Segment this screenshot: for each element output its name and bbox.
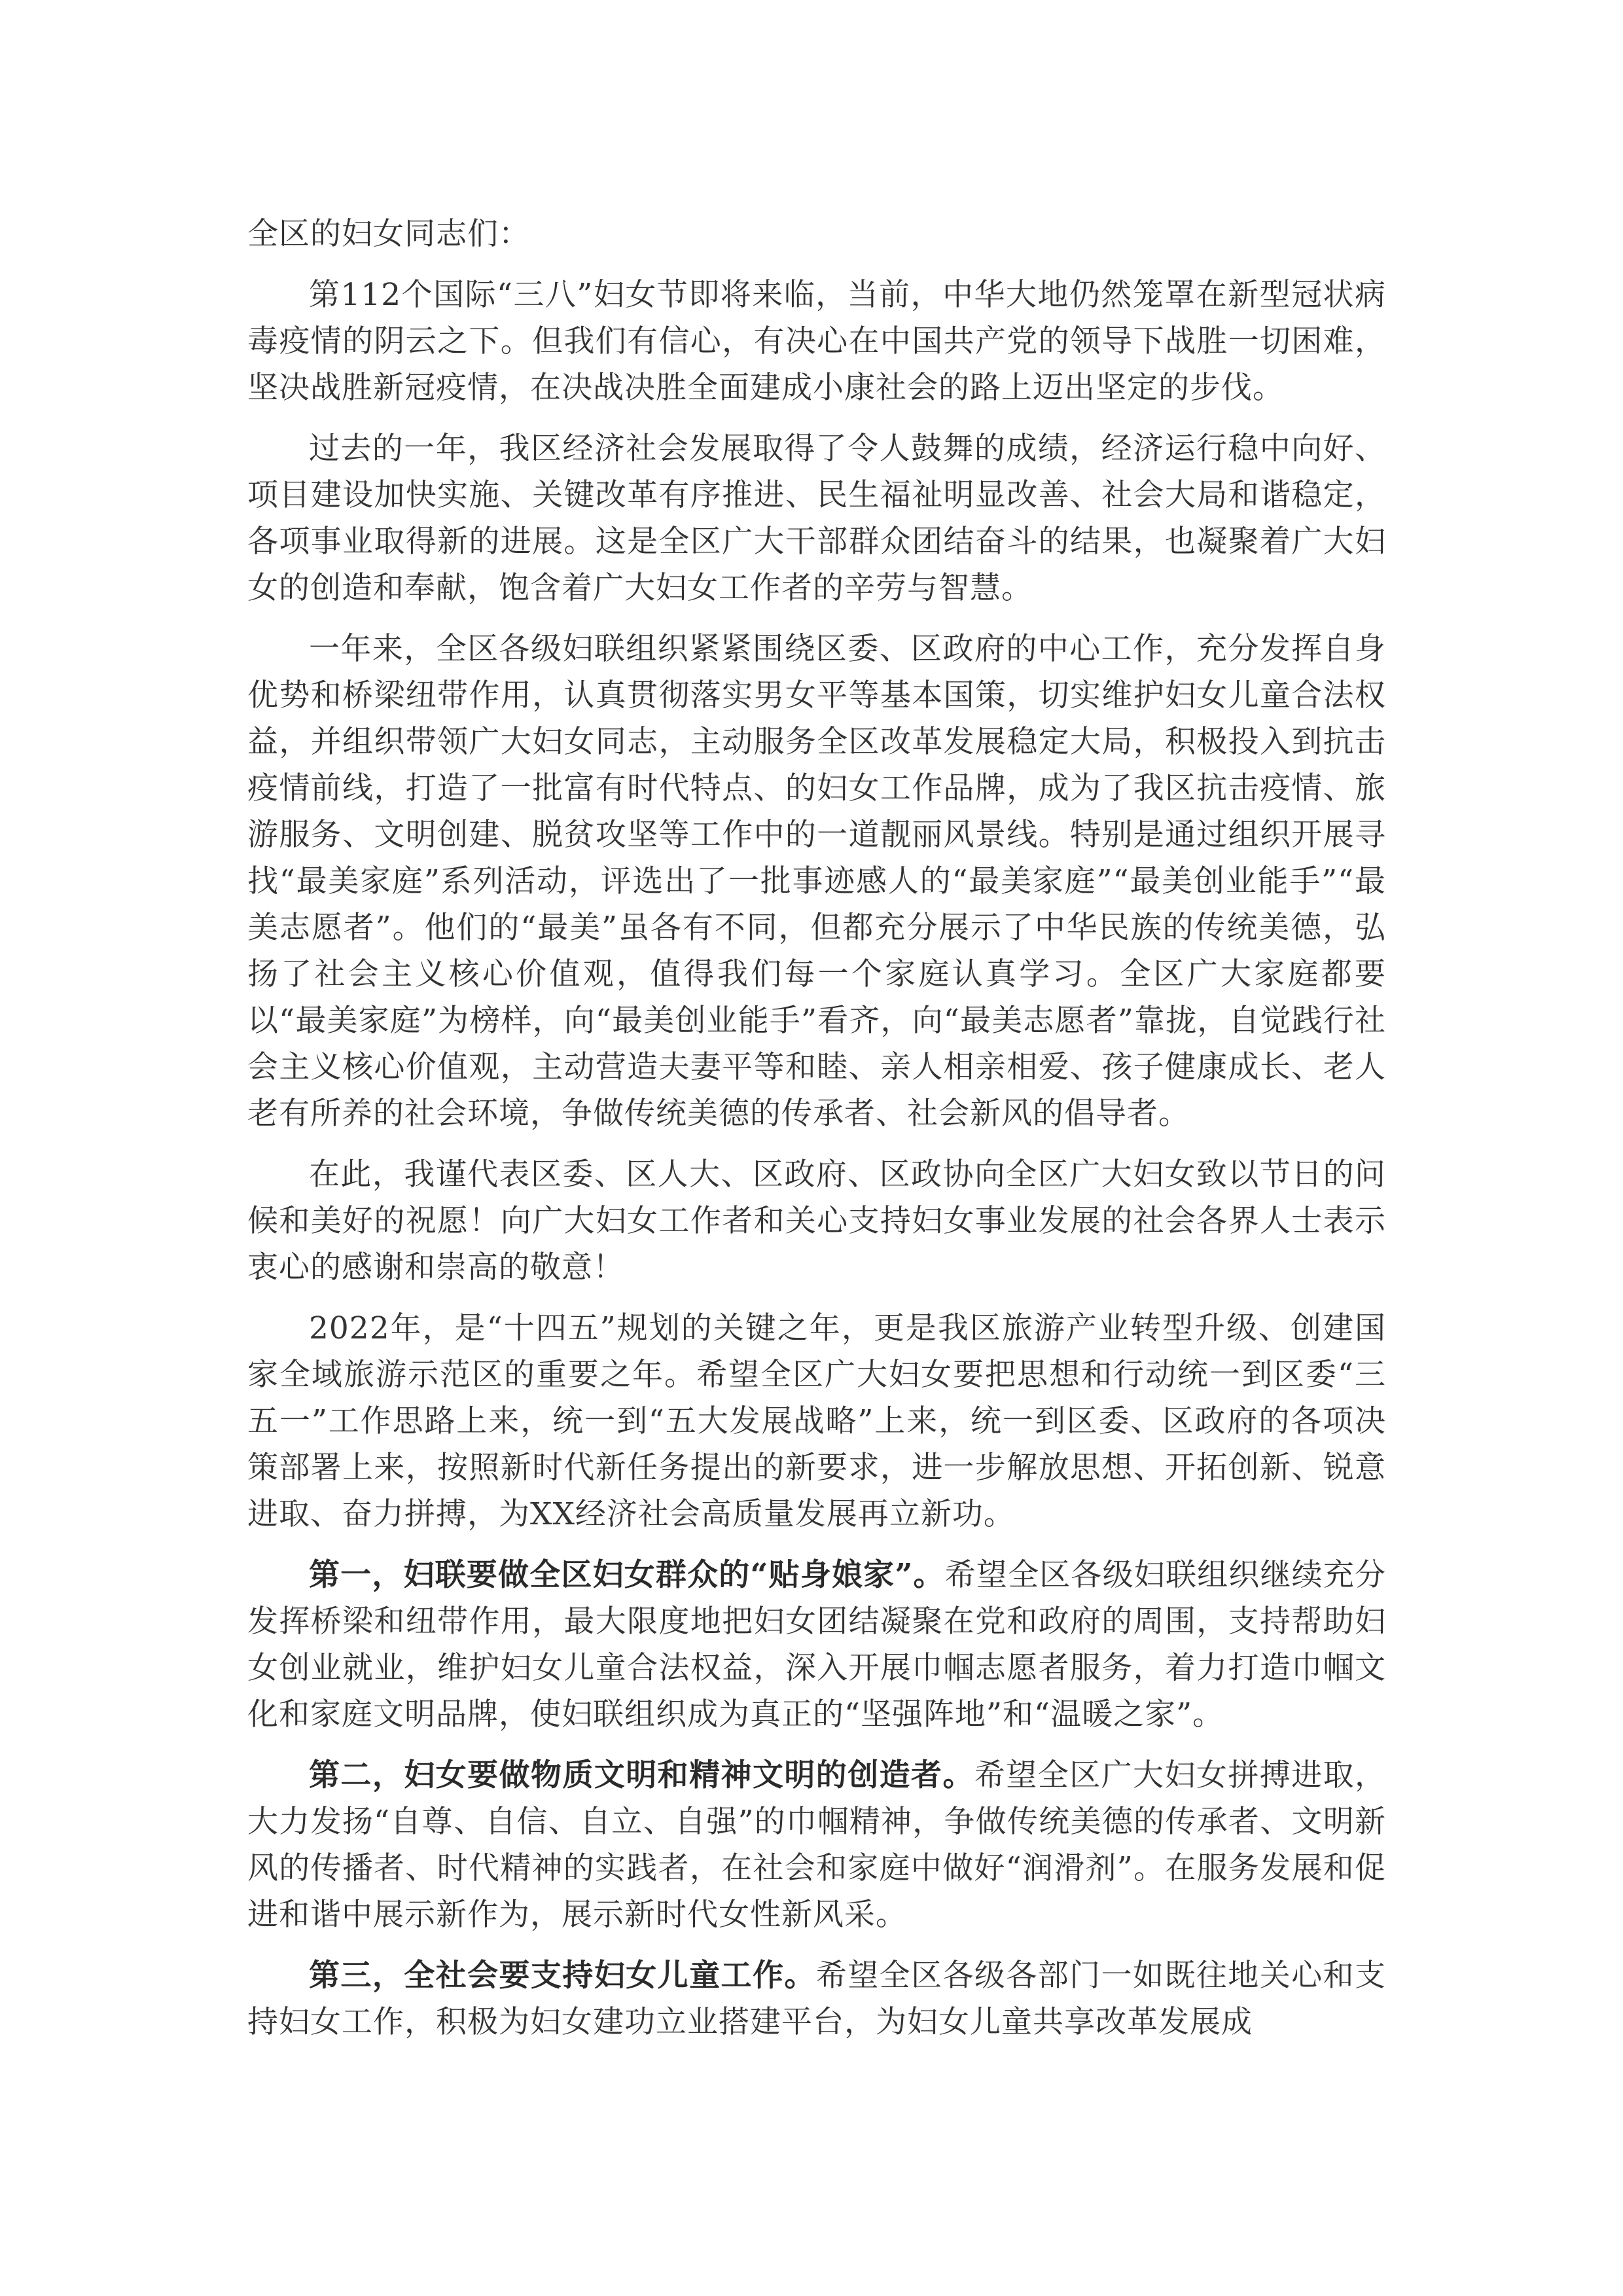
paragraph-8-lead: 第三，全社会要支持妇女儿童工作。	[309, 1958, 816, 1994]
salutation: 全区的妇女同志们：	[247, 211, 1386, 257]
paragraph-3: 一年来，全区各级妇联组织紧紧围绕区委、区政府的中心工作，充分发挥自身优势和桥梁纽…	[247, 626, 1386, 1137]
paragraph-6: 第一，妇联要做全区妇女群众的“贴身娘家”。希望全区各级妇联组织继续充分发挥桥梁和…	[247, 1552, 1386, 1738]
paragraph-7-lead: 第二，妇女要做物质文明和精神文明的创造者。	[309, 1757, 974, 1793]
paragraph-6-lead: 第一，妇联要做全区妇女群众的“贴身娘家”。	[309, 1557, 945, 1593]
paragraph-5: 2022年，是“十四五”规划的关键之年，更是我区旅游产业转型升级、创建国家全域旅…	[247, 1305, 1386, 1537]
paragraph-4: 在此，我谨代表区委、区人大、区政府、区政协向全区广大妇女致以节日的问候和美好的祝…	[247, 1151, 1386, 1291]
paragraph-7: 第二，妇女要做物质文明和精神文明的创造者。希望全区广大妇女拼搏进取，大力发扬“自…	[247, 1752, 1386, 1938]
document-page: 全区的妇女同志们： 第112个国际“三八”妇女节即将来临，当前，中华大地仍然笼罩…	[247, 211, 1386, 2060]
paragraph-2: 过去的一年，我区经济社会发展取得了令人鼓舞的成绩，经济运行稳中向好、项目建设加快…	[247, 425, 1386, 611]
paragraph-8: 第三，全社会要支持妇女儿童工作。希望全区各级各部门一如既往地关心和支持妇女工作，…	[247, 1952, 1386, 2045]
paragraph-1: 第112个国际“三八”妇女节即将来临，当前，中华大地仍然笼罩在新型冠状病毒疫情的…	[247, 272, 1386, 411]
